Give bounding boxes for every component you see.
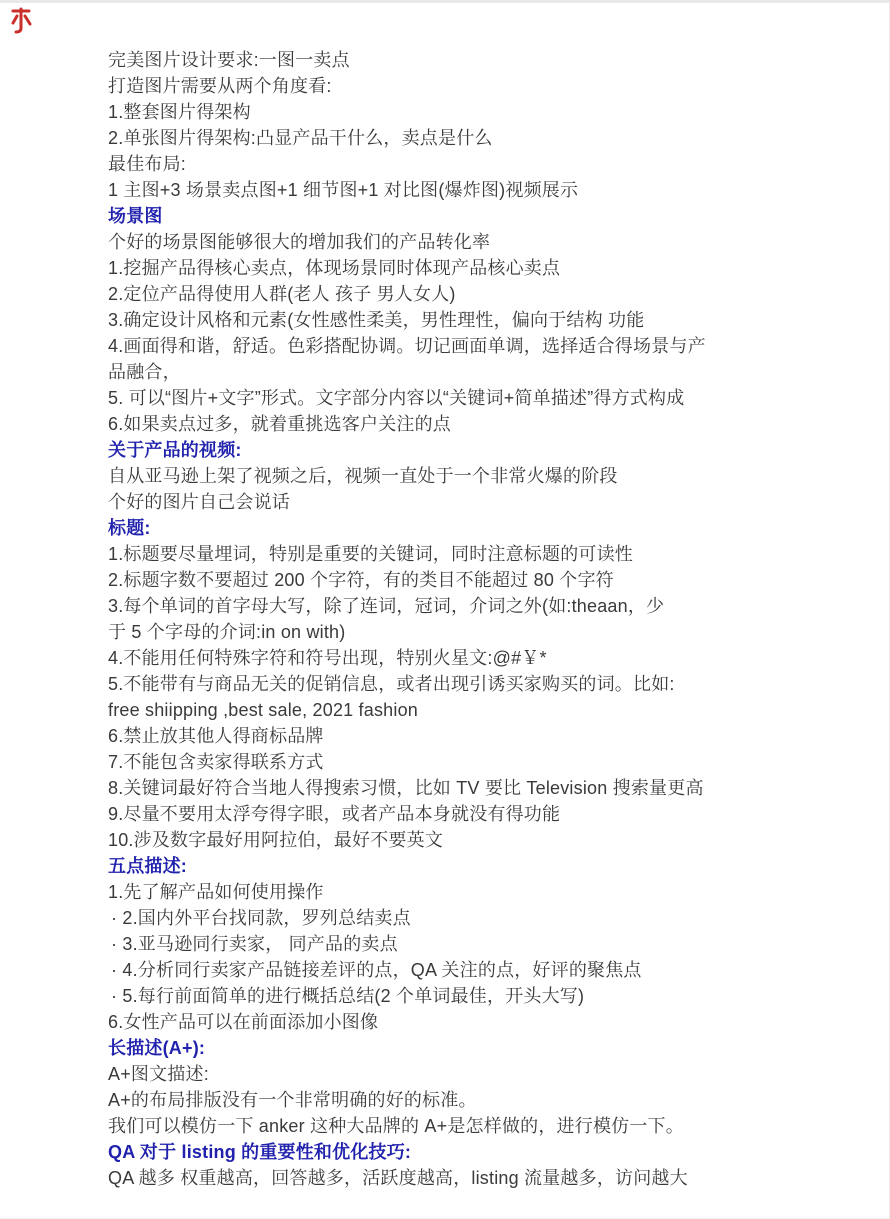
doc-line: 完美图片设计要求:一图一卖点 xyxy=(108,47,820,73)
doc-line: 1.挖掘产品得核心卖点，体现场景同时体现产品核心卖点 xyxy=(108,255,820,281)
doc-line: 2.单张图片得架构:凸显产品干什么，卖点是什么 xyxy=(108,125,820,151)
doc-line: 2.标题字数不要超过 200 个字符，有的类目不能超过 80 个字符 xyxy=(108,567,820,593)
section-heading: 关于产品的视频: xyxy=(108,437,820,463)
red-stamp-icon xyxy=(9,6,33,36)
section-heading: 五点描述: xyxy=(108,853,820,879)
doc-line: 6.如果卖点过多，就着重挑选客户关注的点 xyxy=(108,411,820,437)
doc-line: 6.女性产品可以在前面添加小图像 xyxy=(108,1009,820,1035)
doc-line: 1.先了解产品如何使用操作 xyxy=(108,879,820,905)
doc-line: 于 5 个字母的介词:in on with) xyxy=(108,619,820,645)
doc-line: 6.禁止放其他人得商标品牌 xyxy=(108,723,820,749)
section-heading: 场景图 xyxy=(108,203,820,229)
doc-line: 2.定位产品得使用人群(老人 孩子 男人女人) xyxy=(108,281,820,307)
doc-line: 1.标题要尽量埋词，特别是重要的关键词，同时注意标题的可读性 xyxy=(108,541,820,567)
section-heading: 长描述(A+): xyxy=(108,1035,820,1061)
doc-line: 我们可以模仿一下 anker 这种大品牌的 A+是怎样做的，进行模仿一下。 xyxy=(108,1113,820,1139)
doc-line: 1.整套图片得架构 xyxy=(108,99,820,125)
doc-line: 10.涉及数字最好用阿拉伯，最好不要英文 xyxy=(108,827,820,853)
doc-line: 3.确定设计风格和元素(女性感性柔美，男性理性，偏向于结构 功能 xyxy=(108,307,820,333)
doc-line: · 5.每行前面简单的进行概括总结(2 个单词最佳，开头大写) xyxy=(108,983,820,1009)
doc-line: 7.不能包含卖家得联系方式 xyxy=(108,749,820,775)
doc-line: A+的布局排版没有一个非常明确的好的标准。 xyxy=(108,1087,820,1113)
doc-line: QA 越多 权重越高，回答越多，活跃度越高，listing 流量越多，访问越大 xyxy=(108,1165,820,1191)
doc-line: 最佳布局: xyxy=(108,151,820,177)
doc-line: 品融合， xyxy=(108,359,820,385)
doc-line: 个好的图片自己会说话 xyxy=(108,489,820,515)
document-body: 完美图片设计要求:一图一卖点打造图片需要从两个角度看:1.整套图片得架构2.单张… xyxy=(108,47,820,1191)
doc-line: free shiipping ,best sale, 2021 fashion xyxy=(108,697,820,723)
document-page: 完美图片设计要求:一图一卖点打造图片需要从两个角度看:1.整套图片得架构2.单张… xyxy=(0,0,890,1219)
doc-line: 3.每个单词的首字母大写，除了连词，冠词，介词之外(如:theaan，少 xyxy=(108,593,820,619)
doc-line: 5. 可以“图片+文字”形式。文字部分内容以“关键词+简单描述”得方式构成 xyxy=(108,385,820,411)
doc-line: 打造图片需要从两个角度看: xyxy=(108,73,820,99)
doc-line: 自从亚马逊上架了视频之后，视频一直处于一个非常火爆的阶段 xyxy=(108,463,820,489)
doc-line: 9.尽量不要用太浮夸得字眼，或者产品本身就没有得功能 xyxy=(108,801,820,827)
doc-line: 4.画面得和谐，舒适。色彩搭配协调。切记画面单调，选择适合得场景与产 xyxy=(108,333,820,359)
section-heading: 标题: xyxy=(108,515,820,541)
section-heading: QA 对于 listing 的重要性和优化技巧: xyxy=(108,1139,820,1165)
doc-line: 1 主图+3 场景卖点图+1 细节图+1 对比图(爆炸图)视频展示 xyxy=(108,177,820,203)
doc-line: 4.不能用任何特殊字符和符号出现，特别火星文:@#￥* xyxy=(108,645,820,671)
doc-line: · 2.国内外平台找同款，罗列总结卖点 xyxy=(108,905,820,931)
doc-line: 个好的场景图能够很大的增加我们的产品转化率 xyxy=(108,229,820,255)
doc-line: · 4.分析同行卖家产品链接差评的点，QA 关注的点，好评的聚焦点 xyxy=(108,957,820,983)
doc-line: A+图文描述: xyxy=(108,1061,820,1087)
doc-line: 5.不能带有与商品无关的促销信息，或者出现引诱买家购买的词。比如: xyxy=(108,671,820,697)
doc-line: 8.关键词最好符合当地人得搜索习惯，比如 TV 要比 Television 搜索… xyxy=(108,775,820,801)
doc-line: · 3.亚马逊同行卖家， 同产品的卖点 xyxy=(108,931,820,957)
